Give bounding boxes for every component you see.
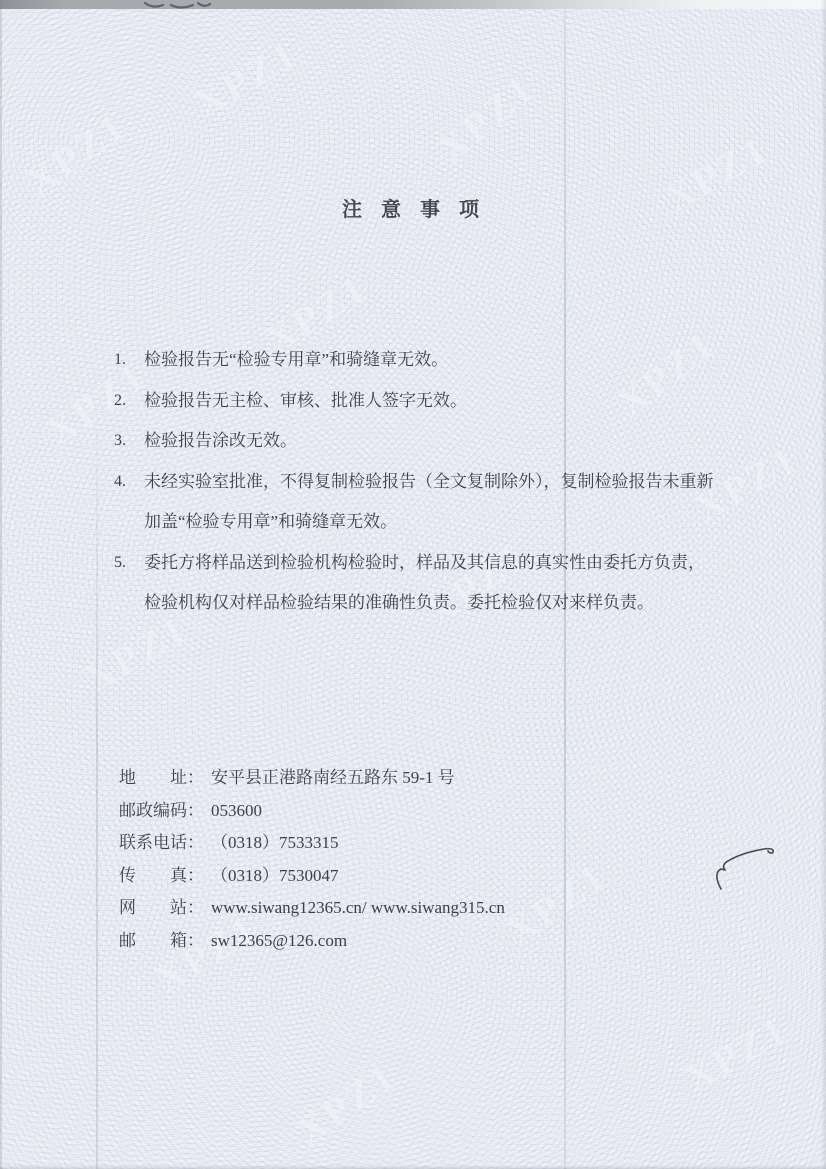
contact-label: 网 站： <box>119 892 211 925</box>
page-title: 注 意 事 项 <box>0 193 826 222</box>
scanned-notice-page: XPZ1 XPZ1 XPZ1 XPZ1 XPZ1 XPZ1 XPZ1 XPZ1 … <box>0 0 826 1169</box>
contact-label: 邮政编码： <box>119 795 211 828</box>
contact-value: 安平县正港路南经五路东 59-1 号 <box>211 762 455 795</box>
notice-list: 1. 检验报告无“检验专用章”和骑缝章无效。 2. 检验报告无主检、审核、批准人… <box>114 340 726 624</box>
notice-item-3: 3. 检验报告涂改无效。 <box>114 421 726 462</box>
contact-label: 传 真： <box>119 860 211 893</box>
contact-row-email: 邮 箱： sw12365@126.com <box>119 925 505 958</box>
fold-line-left <box>96 420 98 1169</box>
contact-row-address: 地 址： 安平县正港路南经五路东 59-1 号 <box>119 762 505 795</box>
contact-row-fax: 传 真： （0318）7530047 <box>119 860 505 893</box>
notice-text: 委托方将样品送到检验机构检验时，样品及其信息的真实性由委托方负责， <box>144 543 726 584</box>
notice-number: 1. <box>114 340 144 381</box>
notice-text: 检验机构仅对样品检验结果的准确性负责。委托检验仅对来样负责。 <box>144 583 726 624</box>
contact-label: 地 址： <box>119 762 211 795</box>
paper-watermark: XPZ1 <box>186 30 306 127</box>
notice-item-5: 5. 委托方将样品送到检验机构检验时，样品及其信息的真实性由委托方负责， 检验机… <box>114 543 726 624</box>
notice-text: 未经实验室批准，不得复制检验报告（全文复制除外），复制检验报告未重新 <box>144 462 726 503</box>
notice-text: 检验报告无主检、审核、批准人签字无效。 <box>144 381 726 422</box>
notice-text: 加盖“检验专用章”和骑缝章无效。 <box>144 502 726 543</box>
notice-text: 检验报告无“检验专用章”和骑缝章无效。 <box>144 340 726 381</box>
contact-value: 053600 <box>211 795 262 828</box>
contact-label: 联系电话： <box>119 827 211 860</box>
page-right-edge <box>821 0 826 1169</box>
paper-watermark: XPZ1 <box>17 102 136 205</box>
notice-text: 检验报告涂改无效。 <box>144 421 726 462</box>
page-bottom-edge <box>0 1165 826 1169</box>
paper-watermark: XPZ1 <box>497 852 616 955</box>
contact-value: （0318）7533315 <box>211 827 339 860</box>
notice-item-4: 4. 未经实验室批准，不得复制检验报告（全文复制除外），复制检验报告未重新 加盖… <box>114 462 726 543</box>
contact-value: www.siwang12365.cn/ www.siwang315.cn <box>211 892 505 925</box>
page-left-edge <box>0 0 2 1169</box>
scanner-edge-strip <box>0 0 826 9</box>
notice-item-2: 2. 检验报告无主检、审核、批准人签字无效。 <box>114 381 726 422</box>
notice-number: 5. <box>114 543 144 624</box>
contact-label: 邮 箱： <box>119 925 211 958</box>
paper-watermark: XPZ1 <box>428 65 544 173</box>
paper-watermark: XPZ1 <box>287 1052 406 1155</box>
pen-mark <box>705 838 785 896</box>
notice-number: 3. <box>114 421 144 462</box>
contact-row-website: 网 站： www.siwang12365.cn/ www.siwang315.c… <box>119 892 505 925</box>
paper-watermark: XPZ1 <box>676 1005 796 1102</box>
notice-number: 2. <box>114 381 144 422</box>
contact-row-phone: 联系电话： （0318）7533315 <box>119 827 505 860</box>
notice-number: 4. <box>114 462 144 543</box>
contact-row-postcode: 邮政编码： 053600 <box>119 795 505 828</box>
notice-item-1: 1. 检验报告无“检验专用章”和骑缝章无效。 <box>114 340 726 381</box>
contact-value: sw12365@126.com <box>211 925 347 958</box>
contact-value: （0318）7530047 <box>211 860 339 893</box>
contact-block: 地 址： 安平县正港路南经五路东 59-1 号 邮政编码： 053600 联系电… <box>119 762 505 957</box>
cropped-handwriting-marks <box>138 0 222 13</box>
